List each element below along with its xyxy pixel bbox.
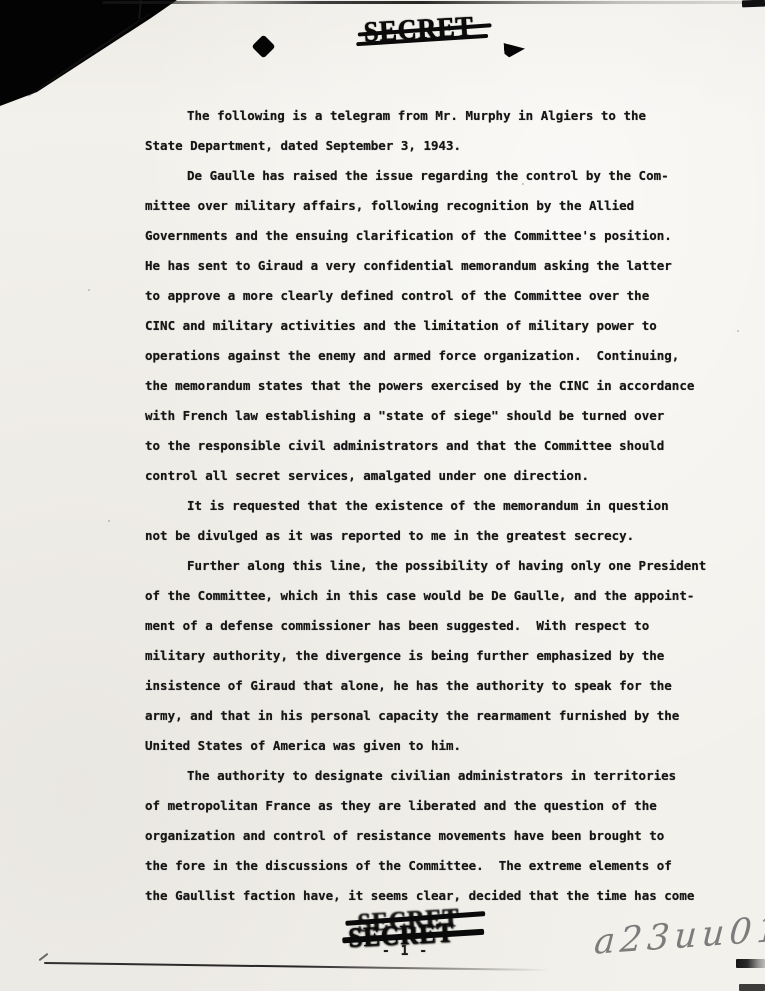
handwritten-annotation: a23uu01 [593, 909, 765, 963]
page-number: - 1 - [382, 944, 429, 959]
telegram-body: The following is a telegram from Mr. Mur… [145, 101, 730, 911]
document-line: the memorandum states that the powers ex… [145, 371, 730, 401]
document-line: It is requested that the existence of th… [145, 491, 730, 521]
ink-smudge [739, 984, 765, 991]
scan-speckle [88, 289, 90, 291]
document-line: operations against the enemy and armed f… [145, 341, 730, 371]
document-line: army, and that in his personal capacity … [145, 701, 730, 731]
scanned-page: SECRET The following is a telegram from … [0, 0, 765, 991]
document-line: Governments and the ensuing clarificatio… [145, 221, 730, 251]
document-line: De Gaulle has raised the issue regarding… [145, 161, 730, 191]
page-bottom-edge-line [39, 953, 49, 961]
document-line: The authority to designate civilian admi… [145, 761, 730, 791]
document-line: CINC and military activities and the lim… [145, 311, 730, 341]
document-line: The following is a telegram from Mr. Mur… [145, 101, 730, 131]
document-line: not be divulged as it was reported to me… [145, 521, 730, 551]
document-line: He has sent to Giraud a very confidentia… [145, 251, 730, 281]
document-line: mittee over military affairs, following … [145, 191, 730, 221]
diamond-ink-mark [251, 34, 275, 58]
document-line: of the Committee, which in this case wou… [145, 581, 730, 611]
page-top-edge-line [102, 1, 765, 4]
document-line: to the responsible civil administrators … [145, 431, 730, 461]
scan-speckle [108, 520, 110, 522]
document-line: Further along this line, the possibility… [145, 551, 730, 581]
document-line: ment of a defense commissioner has been … [145, 611, 730, 641]
scan-speckle [522, 183, 524, 185]
document-line: United States of America was given to hi… [145, 731, 730, 761]
document-line: of metropolitan France as they are liber… [145, 791, 730, 821]
document-line: the fore in the discussions of the Commi… [145, 851, 730, 881]
document-line: to approve a more clearly defined contro… [145, 281, 730, 311]
arrowhead-ink-mark [503, 40, 525, 57]
scan-edge-mark [742, 0, 765, 7]
ink-smudge [736, 959, 765, 968]
document-line: State Department, dated September 3, 194… [145, 131, 730, 161]
document-line: insistence of Giraud that alone, he has … [145, 671, 730, 701]
document-line: organization and control of resistance m… [145, 821, 730, 851]
secret-stamp-top: SECRET [363, 12, 483, 60]
page-bottom-edge-line [44, 962, 549, 971]
document-line: control all secret services, amalgated u… [145, 461, 730, 491]
document-line: with French law establishing a "state of… [145, 401, 730, 431]
document-line: military authority, the divergence is be… [145, 641, 730, 671]
scan-speckle [737, 330, 739, 332]
